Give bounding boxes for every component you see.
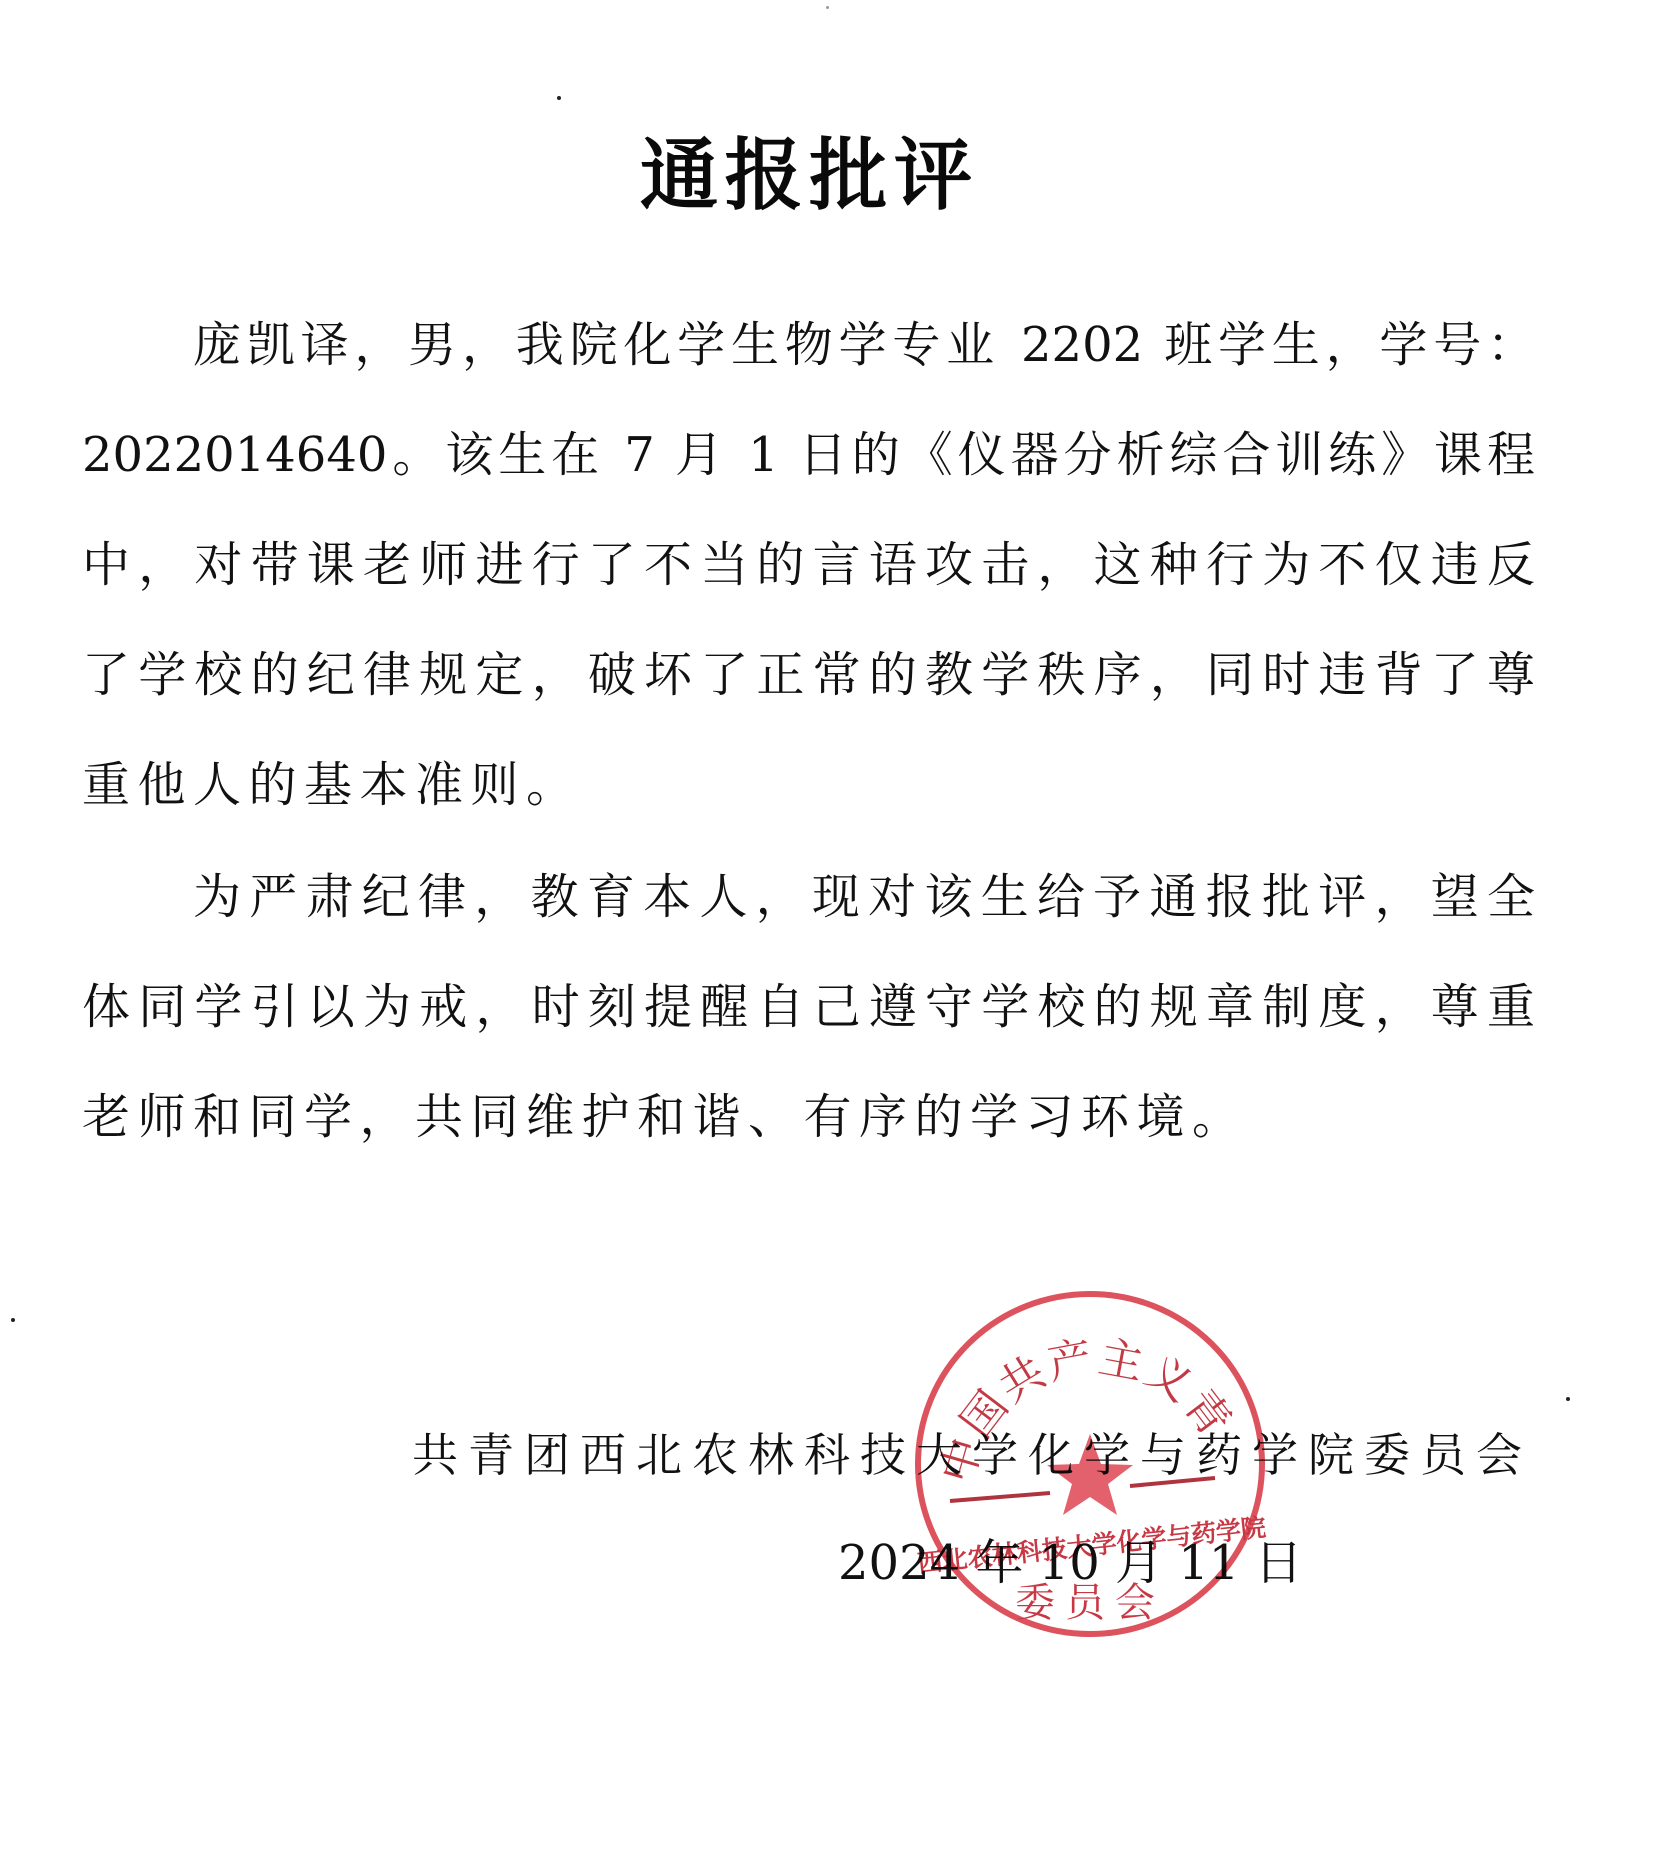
seal-left-bar [950,1493,1050,1501]
paragraph-line: 了学校的纪律规定，破坏了正常的教学秩序，同时违背了尊 [82,647,1535,703]
document-title: 通报批评 [640,134,972,218]
scan-speck [557,96,561,100]
paragraph-line: 庞凯译，男，我院化学生物学专业 2202 班学生，学号： [193,317,1535,373]
issue-date: 2024 年 10 月 11 日 [838,1535,1280,1591]
paragraph-line: 2022014640。该生在 7 月 1 日的《仪器分析综合训练》课程 [82,427,1535,483]
scan-speck [826,6,829,9]
paragraph-line: 中，对带课老师进行了不当的言语攻击，这种行为不仅违反 [82,537,1535,593]
paragraph-line: 体同学引以为戒，时刻提醒自己遵守学校的规章制度，尊重 [82,979,1535,1035]
scan-speck [11,1318,15,1322]
paragraph-line: 为严肃纪律，教育本人，现对该生给予通报批评，望全 [193,869,1535,925]
scan-speck [1566,1397,1570,1401]
paragraph-line: 老师和同学，共同维护和谐、有序的学习环境。 [82,1089,1248,1145]
issuer-signature: 共青团西北农林科技大学化学与药学院委员会 [412,1427,1522,1483]
paragraph-line: 重他人的基本准则。 [82,757,582,813]
